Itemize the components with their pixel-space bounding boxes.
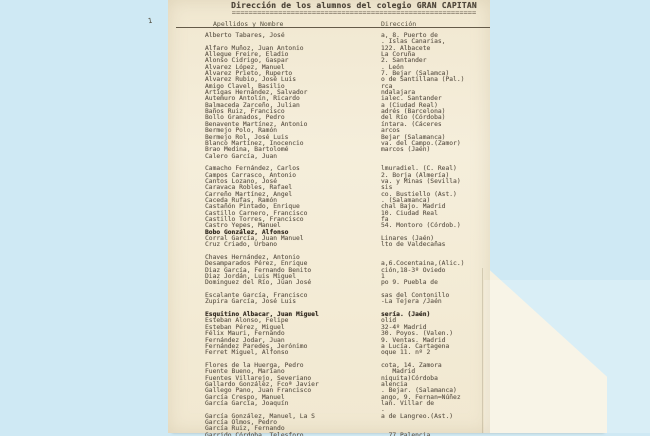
student-rows: Alberto Tabares, Joséa, 8. Puerto de. Is… <box>205 33 490 436</box>
student-address: , 77 Palencia <box>381 433 430 436</box>
student-address: oque 11. nº 2 <box>381 350 430 356</box>
title-underline: ========================================… <box>208 9 500 17</box>
student-address: lan. Villar de <box>381 401 434 407</box>
student-address: marcos (Jaén) <box>381 147 430 153</box>
column-header-apellidos: Apellidos y Nombre <box>213 20 283 28</box>
student-address: 54. Montoro (Córdob.) <box>381 223 461 229</box>
student-address: va. y Minas (Sevilla) <box>381 179 461 185</box>
student-address: po 9. Puebla de <box>381 280 438 286</box>
student-address: ción,18-3º Oviedo <box>381 268 445 274</box>
column-header-direccion: Dirección <box>381 20 416 28</box>
scan-background: Dirección de los alumnos del colegio GRA… <box>0 0 650 436</box>
student-address: o de Santillana (Pal.) <box>381 77 464 83</box>
handwritten-mark: 1 <box>147 17 152 26</box>
table-row: Garrido Córdoba, Telesforo, 77 Palencia <box>205 433 490 436</box>
student-name: Garrido Córdoba, Telesforo <box>205 433 381 436</box>
student-address: a de Langreo.(Ast.) <box>381 414 453 420</box>
paper-crease-highlight <box>484 280 650 433</box>
student-address: lto de Valdecañas <box>381 242 445 248</box>
student-address: -La Tejera /Jaén <box>381 299 442 305</box>
student-address: 10. Ciudad Real <box>381 211 438 217</box>
column-header-row: Apellidos y Nombre Dirección <box>176 18 490 28</box>
document-page: Dirección de los alumnos del colegio GRA… <box>168 0 490 433</box>
